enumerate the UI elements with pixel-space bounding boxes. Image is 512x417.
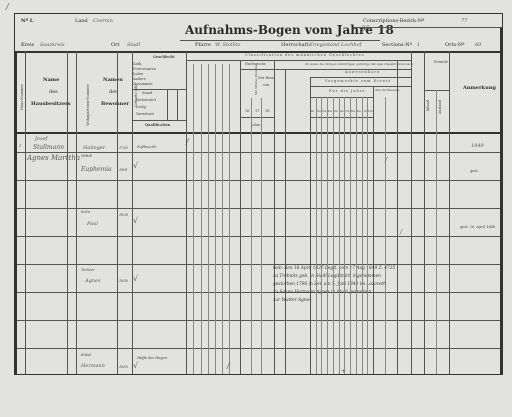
qualification: Waffe des Hagen — [137, 357, 167, 361]
alle-reserve-heading: Alle für Reserve — [375, 89, 400, 92]
grid-line — [367, 97, 368, 374]
sections-value: 1 — [417, 43, 420, 48]
year-col-label: 11te — [368, 110, 374, 113]
year-col-label: 9te — [356, 110, 361, 113]
year-col-label: 3te — [322, 110, 327, 113]
year-16: 16 — [245, 110, 249, 114]
pfarre-label: Pfarre — [195, 43, 211, 48]
owner-prefix: Josef — [35, 137, 47, 142]
reise-line1: Der Reise — [258, 77, 275, 81]
resident-name: Hermann — [81, 364, 105, 369]
classification-heading: Classification des männlichen Geschlecht… — [245, 54, 365, 58]
margin-mark: / — [6, 3, 9, 11]
note-line: zur Mutter Agnes — [273, 299, 311, 303]
stand-heading: Stand — [142, 92, 152, 96]
year-17: 17 — [255, 110, 259, 114]
grid-line — [339, 97, 340, 374]
stand-row: Verheiratet — [136, 99, 156, 103]
resident-name: Halinger — [83, 146, 105, 151]
check-mark: √ — [133, 162, 138, 170]
grid-line — [321, 97, 322, 374]
form-number: Nº I. — [21, 19, 34, 24]
remark: 1849 — [471, 144, 484, 149]
conscription-label: Conscriptions-Bezirk-Nº — [363, 19, 424, 24]
kreis-value: Saazkreis — [40, 43, 65, 48]
vorgemerkt-heading: Vorgemerkte zum Dienst — [325, 80, 391, 84]
grid-line — [350, 97, 351, 374]
geschlecht-row: Kath. — [133, 63, 142, 67]
year-col-label: 7te — [345, 110, 350, 113]
geschlecht-row: Juden — [133, 73, 143, 77]
jahre-label: Jahre — [251, 124, 261, 128]
col-wohnparteien: Wohnparteien-Nummer — [87, 84, 91, 126]
fremde-ausland: Ausland — [439, 100, 443, 114]
ort-label: Ort — [111, 43, 120, 48]
herrschaft-label: Herrschaft — [281, 43, 309, 48]
orts-value: 60 — [475, 43, 481, 48]
ort-value: Stadl — [127, 43, 140, 48]
col-namen-line3: Bewohner — [101, 102, 129, 107]
resident-prefix: Wittib — [81, 155, 92, 159]
geschlecht-row: Zusammen — [133, 83, 153, 87]
col-anmerkung: Anmerkung — [463, 86, 496, 91]
land-label: Land — [75, 19, 88, 24]
resident-prefix: Enkel — [81, 354, 91, 358]
qualification-heading: Qualification — [145, 124, 170, 128]
col-geburtsjahr: Geburts-Jahr — [135, 84, 139, 107]
census-document-page: / Nº I. Land Czernin Aufnahms-Bogen vom … — [0, 0, 512, 417]
col-name-line2: des — [49, 90, 58, 95]
col-name-line3: Hausbesitzers — [31, 102, 71, 107]
census-form: Nº I. Land Czernin Aufnahms-Bogen vom Ja… — [14, 13, 503, 375]
col-name-line1: Name — [43, 78, 59, 83]
col-namen-line1: Namen — [103, 78, 123, 83]
check-mark: / — [400, 230, 402, 236]
reise-line2: von — [263, 84, 269, 88]
check-mark: √ — [133, 275, 138, 283]
orts-label: Orts-Nº — [445, 43, 464, 48]
year-col-label: Ist — [311, 110, 315, 113]
stand-row: Verwitwet — [136, 113, 154, 117]
grid-line — [362, 97, 363, 374]
birth-year: 1801 — [119, 169, 128, 173]
anwesenheit-heading: Anwesenbare — [345, 71, 380, 75]
year-col-label: 4te — [328, 110, 333, 113]
resident-name: Paul — [87, 222, 98, 227]
owner-name: Stallmann — [33, 145, 64, 151]
resident-name: Euphemia — [81, 167, 112, 173]
remark: gest. — [470, 170, 479, 174]
stand-row: Ledig — [136, 106, 146, 110]
birth-year: 1833 — [119, 366, 128, 370]
grid-line — [316, 97, 317, 374]
pfarre-value: W. Stollitz — [215, 43, 240, 48]
kreis-label: Kreis — [21, 43, 34, 48]
grid-line — [333, 97, 334, 374]
fuer-jahre-heading: Für die Jahre — [329, 90, 366, 94]
note-line: gestorben 1796 in Zer. am 5. Juni 1848 i… — [273, 283, 386, 287]
geschlecht-row: Protestanten — [133, 68, 156, 72]
qualification: Fußknecht — [137, 146, 156, 150]
resident-prefix: Tochter — [81, 269, 95, 273]
house-number: 1 — [19, 145, 21, 149]
col-militaer: Mit Militär-Diensten — [255, 64, 258, 95]
year-col-label: 6te — [339, 110, 344, 113]
land-value: Czernin — [93, 19, 113, 24]
check-mark: / — [227, 362, 230, 370]
remark: gest. 26. April 1848 — [460, 226, 495, 230]
conscription-value: 77 — [461, 19, 467, 24]
sections-label: Sections-Nº — [382, 43, 412, 48]
year-col-label: 2te — [316, 110, 321, 113]
resident-prefix: Sohn — [81, 211, 90, 215]
geschlecht-row: Andere — [133, 78, 146, 82]
herrschaft-value: Kriegsstand Lochhof — [309, 43, 361, 48]
col-haus-nummer: Haus-Nummer — [21, 84, 25, 110]
year-18: 18 — [265, 110, 269, 114]
birth-year: 1828 — [119, 214, 128, 218]
grid-line — [356, 97, 357, 374]
birth-year: 1830 — [119, 280, 128, 284]
geschlecht-heading: Geschlecht — [153, 56, 175, 60]
resident-name: Agnes — [85, 279, 101, 284]
check-mark: √ — [133, 362, 138, 370]
fremde-inland: Inland — [427, 100, 431, 111]
grid-line — [344, 97, 345, 374]
owner-name: Agnes Marttha — [27, 155, 80, 162]
year-col-label: 8te — [351, 110, 356, 113]
year-col-label: 5te — [333, 110, 338, 113]
check-mark: / — [385, 158, 387, 164]
grid-line — [327, 97, 328, 374]
note-line: Geb. den 16 April 1827 Legit. vom 17 Aug… — [273, 267, 395, 271]
birth-year: 1793 — [119, 147, 128, 151]
check-mark: √ — [133, 217, 138, 225]
fremde-heading: Fremde — [434, 61, 448, 65]
check-mark: / — [186, 138, 189, 146]
